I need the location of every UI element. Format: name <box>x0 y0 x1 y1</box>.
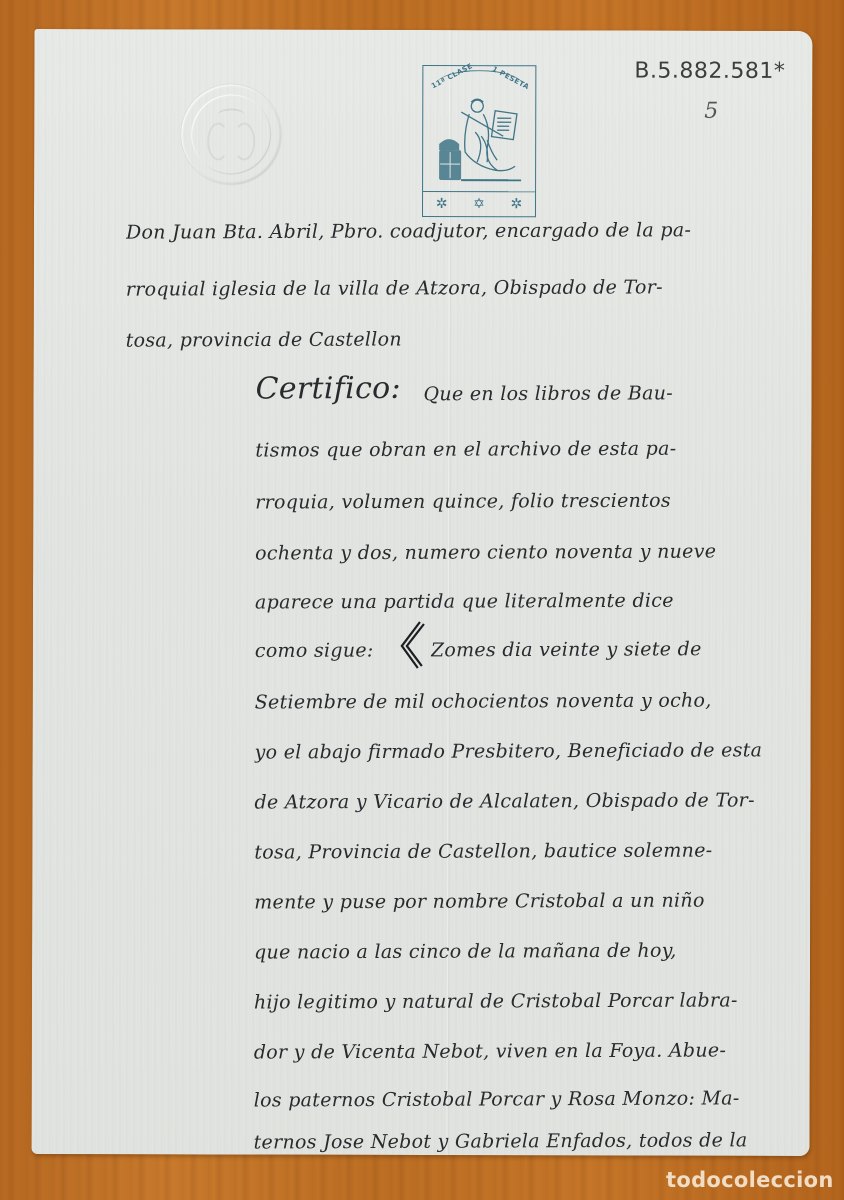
handwritten-line: Setiembre de mil ochocientos noventa y o… <box>255 689 811 713</box>
crown-icon <box>217 108 245 122</box>
seal-ring <box>191 94 271 174</box>
handwritten-line: ternos Jose Nebot y Gabriela Enfados, to… <box>254 1129 810 1153</box>
laurel-left-icon <box>207 122 229 160</box>
handwritten-line: rroquia, volumen quince, folio trescient… <box>255 489 811 513</box>
handwritten-line: ochenta y dos, numero ciento noventa y n… <box>255 540 811 564</box>
handwritten-line: tosa, Provincia de Castellon, bautice so… <box>254 839 810 863</box>
star-ornament-icon: ✲ <box>510 197 522 211</box>
handwritten-line: tosa, provincia de Castellon <box>126 327 812 352</box>
serial-number: B.5.882.581* <box>634 59 785 84</box>
handwritten-line: aparece una partida que literalmente dic… <box>255 589 811 613</box>
document-sheet: 11ª CLASE 1 PESETA ✲ <box>32 29 813 1156</box>
handwritten-line: Que en los libros de Bau- <box>423 382 811 406</box>
watermark-logo: todocoleccion <box>666 1168 834 1192</box>
stamp-decorative-band: ✲ ✡ ✲ <box>423 191 535 216</box>
handwritten-line: Zomes dia veinte y siete de <box>431 638 811 662</box>
handwritten-line: que nacio a las cinco de la mañana de ho… <box>254 939 810 963</box>
handwritten-line: mente y puse por nombre Cristobal a un n… <box>254 889 810 913</box>
handwritten-line: yo el abajo firmado Presbitero, Benefici… <box>255 739 811 763</box>
star-ornament-icon: ✲ <box>436 197 448 211</box>
handwritten-line: de Atzora y Vicario de Alcalaten, Obispa… <box>254 789 810 813</box>
hexagram-ornament-icon: ✡ <box>473 197 485 211</box>
seated-allegory-icon <box>431 92 527 188</box>
handwritten-line: dor y de Vicenta Nebot, viven en la Foya… <box>254 1039 810 1063</box>
handwritten-line: rroquial iglesia de la villa de Atzora, … <box>126 276 812 301</box>
handwritten-body: Don Juan Bta. Abril, Pbro. coadjutor, en… <box>34 29 812 31</box>
tax-stamp: 11ª CLASE 1 PESETA ✲ <box>422 65 536 217</box>
laurel-right-icon <box>233 123 255 161</box>
handwritten-line: hijo legitimo y natural de Cristobal Por… <box>254 989 810 1013</box>
embossed-seal-icon <box>181 84 281 184</box>
page-number: 5 <box>704 99 718 124</box>
double-chevron-mark-icon <box>396 620 426 670</box>
handwritten-line: los paternos Cristobal Porcar y Rosa Mon… <box>254 1087 810 1111</box>
handwritten-line: como sigue: <box>255 639 374 662</box>
handwritten-line: Don Juan Bta. Abril, Pbro. coadjutor, en… <box>126 219 812 244</box>
handwritten-line: tismos que obran en el archivo de esta p… <box>255 437 811 461</box>
